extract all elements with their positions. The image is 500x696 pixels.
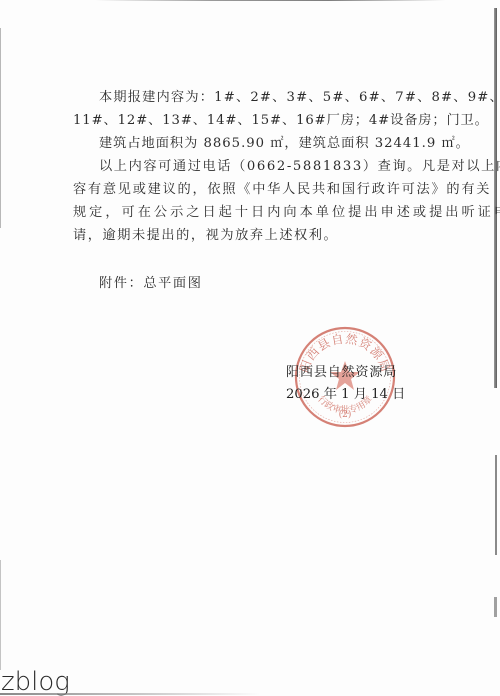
scanned-page: 本期报建内容为：1#、2#、3#、5#、6#、7#、8#、9#、10#、 11#…	[0, 0, 500, 696]
watermark-underline	[0, 693, 260, 695]
issuing-organization: 阳西县自然资源局	[286, 361, 397, 380]
notice-line-3: 规定，可在公示之日起十日内向本单位提出申述或提出听证申	[73, 205, 500, 221]
scan-edge-left	[0, 560, 1, 670]
attachment-note: 附件：总平面图	[99, 272, 203, 291]
scan-edge-left	[0, 28, 1, 228]
stamp-number: (2)	[339, 409, 352, 420]
content-line-1: 本期报建内容为：1#、2#、3#、5#、6#、7#、8#、9#、10#、	[99, 90, 500, 106]
notice-line-4: 请，逾期未提出的，视为放弃上述权利。	[73, 228, 338, 244]
content-line-2: 11#、12#、13#、14#、15#、16#厂房；4#设备房；门卫。	[73, 113, 489, 129]
scan-edge-right	[494, 597, 497, 617]
scan-edge-right	[494, 8, 497, 388]
scan-edge-top	[95, 0, 445, 1]
scan-edge-right	[495, 455, 497, 555]
notice-line-1: 以上内容可通过电话（0662-5881833）查询。凡是对以上内	[99, 159, 500, 175]
site-watermark: zblog	[1, 668, 70, 696]
issue-date: 2026 年 1 月 14 日	[286, 383, 405, 402]
area-line: 建筑占地面积为 8865.90 ㎡，建筑总面积 32441.9 ㎡。	[99, 136, 470, 152]
notice-line-2: 容有意见或建议的，依照《中华人民共和国行政许可法》的有关	[73, 182, 491, 198]
